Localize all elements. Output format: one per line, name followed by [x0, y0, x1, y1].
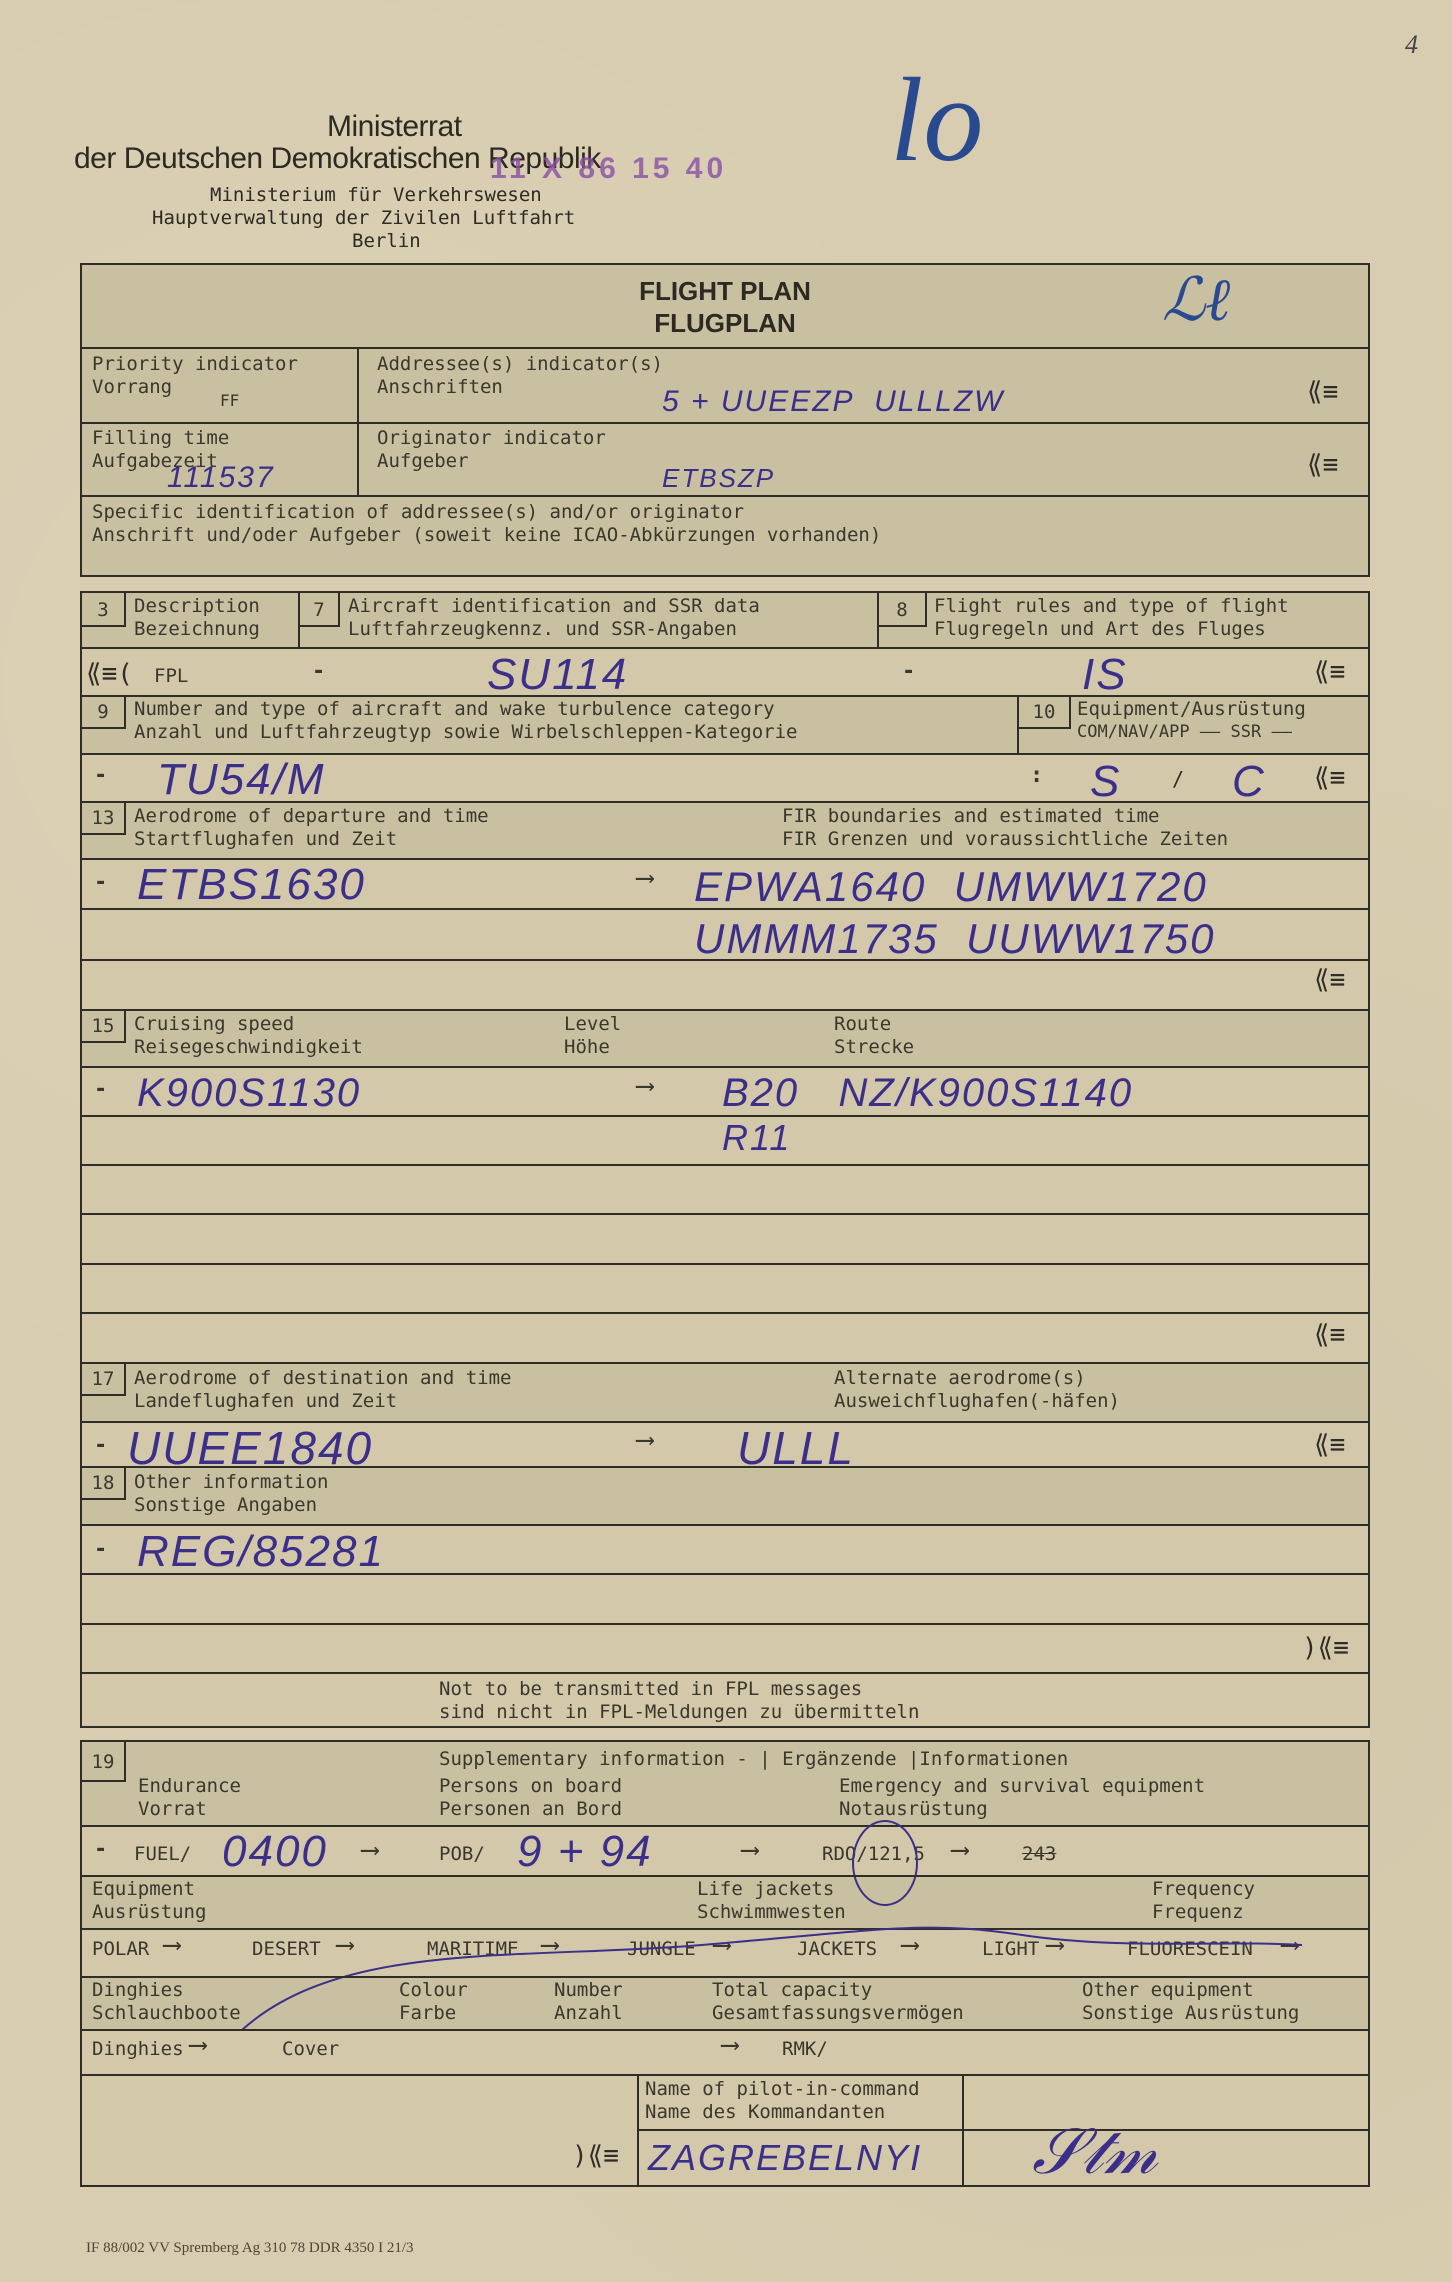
f9-label-de: Anzahl und Luftfahrzeugtyp sowie Wirbels… [134, 721, 797, 744]
f9-value[interactable]: TU54/M [157, 755, 325, 805]
addressee-label-de: Anschriften [377, 376, 503, 399]
f3-value: FPL [154, 665, 188, 688]
header-ministerrat: Ministerrat [327, 110, 462, 144]
signature-initials: ℒℓ [1162, 265, 1230, 335]
not-transmitted-de: sind nicht in FPL-Meldungen zu übermitte… [439, 1701, 919, 1724]
colour-label-de: Farbe [399, 2002, 456, 2025]
capacity-label-en: Total capacity [712, 1979, 872, 2002]
number-label-en: Number [554, 1979, 623, 2002]
f18-label-de: Sonstige Angaben [134, 1494, 317, 1517]
header-ministry: Ministerium für Verkehrswesen [210, 184, 542, 206]
field-18-number: 18 [82, 1466, 126, 1500]
f18-value[interactable]: REG/85281 [137, 1527, 385, 1577]
specific-label-de: Anschrift und/oder Aufgeber (soweit kein… [92, 524, 881, 547]
endurance-label-de: Vorrat [138, 1798, 207, 1821]
originator-label-en: Originator indicator [377, 427, 606, 450]
pob-label-de: Personen an Bord [439, 1798, 622, 1821]
end-of-message-icon: )⟪≡ [1302, 1633, 1349, 1663]
f17-label-de: Landeflughafen und Zeit [134, 1390, 397, 1413]
f7-label-en: Aircraft identification and SSR data [348, 595, 760, 618]
priority-value[interactable]: FF [220, 389, 239, 412]
fir-label-de: FIR Grenzen und voraussichtliche Zeiten [782, 828, 1228, 851]
filing-label-en: Filling time [92, 427, 229, 450]
endurance-label-en: Endurance [138, 1775, 241, 1798]
other-label-en: Other equipment [1082, 1979, 1254, 2002]
route-label-en: Route [834, 1013, 891, 1036]
f3-label-en: Description [134, 595, 260, 618]
field-3-number: 3 [82, 593, 126, 627]
f9-label-en: Number and type of aircraft and wake tur… [134, 698, 775, 721]
f13-value[interactable]: ETBS1630 [137, 860, 366, 910]
field-7-number: 7 [300, 593, 340, 627]
date-stamp: 11 X 86 15 40 [490, 152, 727, 186]
dinghies-label-en: Dinghies [92, 1979, 184, 2002]
priority-label-de: Vorrang [92, 376, 172, 399]
pilot-label-en: Name of pilot-in-command [645, 2078, 920, 2101]
f7-label-de: Luftfahrzeugkennz. und SSR-Angaben [348, 618, 737, 641]
end-of-message-icon: )⟪≡ [572, 2141, 619, 2171]
f3-label-de: Bezeichnung [134, 618, 260, 641]
fir-label-en: FIR boundaries and estimated time [782, 805, 1160, 828]
survival-polar[interactable]: POLAR [92, 1938, 149, 1961]
dinghies-field[interactable]: Dinghies [92, 2038, 184, 2061]
start-of-message-icon: ⟪≡( [86, 659, 133, 689]
pob-value[interactable]: 9 + 94 [517, 1827, 653, 1877]
f19-title: Supplementary information - | Ergänzende… [439, 1748, 1068, 1771]
pilot-value[interactable]: ZAGREBELNYI [648, 2137, 922, 2179]
end-of-field-icon: ⟪≡ [1314, 763, 1345, 793]
f8-value[interactable]: IS [1082, 650, 1128, 700]
f15-label-en: Cruising speed [134, 1013, 294, 1036]
f13-label-de: Startflughafen und Zeit [134, 828, 397, 851]
flight-plan-form: FLIGHT PLAN FLUGPLAN ℒℓ Priority indicat… [80, 263, 1370, 2187]
f7-value[interactable]: SU114 [487, 650, 628, 700]
emerg-label-en: Emergency and survival equipment [839, 1775, 1205, 1798]
specific-label-en: Specific identification of addressee(s) … [92, 501, 744, 524]
f8-label-en: Flight rules and type of flight [934, 595, 1289, 618]
f10-ssr-value[interactable]: C [1232, 757, 1266, 807]
f10-com-value[interactable]: S [1090, 757, 1121, 807]
page-number: 4 [1405, 30, 1418, 60]
field-17-number: 17 [82, 1362, 126, 1396]
level-label-de: Höhe [564, 1036, 610, 1059]
field-15-number: 15 [82, 1009, 126, 1043]
pen-mark: lo [890, 60, 983, 180]
filing-value[interactable]: 111537 [167, 461, 275, 495]
originator-label-de: Aufgeber [377, 450, 469, 473]
originator-value[interactable]: ETBSZP [662, 463, 775, 494]
fir-line-1[interactable]: EPWA1640 UMWW1720 [694, 863, 1208, 911]
equip-label-de: Ausrüstung [92, 1901, 206, 1924]
cover-field[interactable]: Cover [282, 2038, 339, 2061]
alt-label-de: Ausweichflughafen(-häfen) [834, 1390, 1120, 1413]
field-8-number: 8 [879, 593, 927, 627]
end-of-field-icon: ⟪≡ [1307, 450, 1338, 480]
f13-label-en: Aerodrome of departure and time [134, 805, 489, 828]
level-label-en: Level [564, 1013, 621, 1036]
f17-label-en: Aerodrome of destination and time [134, 1367, 512, 1390]
fuel-label: FUEL/ [134, 1843, 191, 1866]
alt-label-en: Alternate aerodrome(s) [834, 1367, 1086, 1390]
priority-label-en: Priority indicator [92, 353, 298, 376]
route-label-de: Strecke [834, 1036, 914, 1059]
field-13-number: 13 [82, 801, 126, 835]
f10-label-en: Equipment/Ausrüstung [1077, 698, 1306, 721]
pob-label-en: Persons on board [439, 1775, 622, 1798]
fuel-value[interactable]: 0400 [222, 1827, 328, 1877]
other-label-de: Sonstige Ausrüstung [1082, 2002, 1299, 2025]
pilot-signature: 𝒮𝓉𝓂 [1032, 2115, 1158, 2189]
pob-field-label: POB/ [439, 1843, 485, 1866]
end-of-field-icon: ⟪≡ [1307, 377, 1338, 407]
pilot-label-de: Name des Kommandanten [645, 2101, 885, 2124]
equip-label-en: Equipment [92, 1878, 195, 1901]
number-label-de: Anzahl [554, 2002, 623, 2025]
capacity-label-de: Gesamtfassungsvermögen [712, 2002, 964, 2025]
end-of-field-icon: ⟪≡ [1314, 657, 1345, 687]
form-footer: IF 88/002 VV Spremberg Ag 310 78 DDR 435… [86, 2240, 414, 2257]
route-line-1[interactable]: B20 NZ/K900S1140 [722, 1071, 1133, 1116]
addressee-value[interactable]: 5 + UUEEZP ULLLZW [662, 385, 1004, 419]
f10-label-de: COM/NAV/APP —— SSR —— [1077, 721, 1292, 744]
header-hauptverwaltung: Hauptverwaltung der Zivilen Luftfahrt [152, 207, 575, 229]
field-10-number: 10 [1019, 695, 1071, 729]
freq-label-en: Frequency [1152, 1878, 1255, 1901]
field-9-number: 9 [82, 695, 126, 729]
rmk-field[interactable]: RMK/ [782, 2038, 828, 2061]
rdo-243: 243 [1022, 1843, 1056, 1866]
emerg-label-de: Notausrüstung [839, 1798, 988, 1821]
not-transmitted-en: Not to be transmitted in FPL messages [439, 1678, 862, 1701]
jackets-label-en: Life jackets [697, 1878, 834, 1901]
colour-label-en: Colour [399, 1979, 468, 2002]
f15-value[interactable]: K900S1130 [137, 1071, 361, 1116]
end-of-field-icon: ⟪≡ [1314, 1320, 1345, 1350]
header-berlin: Berlin [352, 230, 421, 252]
f15-label-de: Reisegeschwindigkeit [134, 1036, 363, 1059]
f8-label-de: Flugregeln und Art des Fluges [934, 618, 1266, 641]
field-19-number: 19 [82, 1742, 126, 1782]
f18-label-en: Other information [134, 1471, 328, 1494]
route-line-2[interactable]: R11 [722, 1117, 791, 1159]
addressee-label-en: Addressee(s) indicator(s) [377, 353, 663, 376]
end-of-field-icon: ⟪≡ [1314, 965, 1345, 995]
dinghies-label-de: Schlauchboote [92, 2002, 241, 2025]
rdo-circle [852, 1820, 918, 1906]
fir-line-2[interactable]: UMMM1735 UUWW1750 [694, 915, 1215, 963]
end-of-field-icon: ⟪≡ [1314, 1430, 1345, 1460]
